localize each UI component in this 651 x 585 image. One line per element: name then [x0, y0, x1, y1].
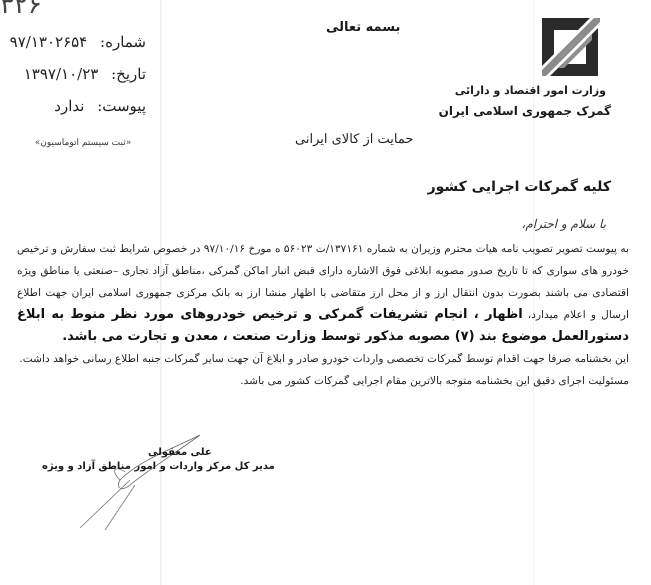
- greeting: با سلام و احترام،: [521, 217, 606, 231]
- letter-page: ۳۲۶ شماره: ۹۷/۱۳۰۲۶۵۴ تاریخ: ۱۳۹۷/۱۰/۲۳ …: [0, 0, 651, 585]
- letter-date-row: تاریخ: ۱۳۹۷/۱۰/۲۳: [0, 58, 146, 90]
- body-paragraph-1: به پیوست تصویر تصویب نامه هیات محترم وزی…: [17, 238, 629, 348]
- recipient: کلیه گمرکات اجرایی کشور: [428, 179, 611, 195]
- body-paragraph-2: این بخشنامه صرفا جهت اقدام توسط گمرکات ت…: [17, 348, 629, 370]
- letter-number-value: ۹۷/۱۳۰۲۶۵۴: [10, 33, 88, 51]
- automation-note: «ثبت سیستم اتوماسیون»: [18, 138, 148, 148]
- letter-body: به پیوست تصویر تصویب نامه هیات محترم وزی…: [17, 238, 629, 392]
- signature-scribble-icon: [60, 430, 220, 530]
- handwritten-number: ۳۲۶: [0, 0, 42, 20]
- bismillah-heading: بسمه تعالی: [326, 20, 400, 35]
- body-paragraph-3: مسئولیت اجرای دقیق این بخشنامه متوجه بال…: [17, 370, 629, 392]
- customs-name: گمرک جمهوری اسلامی ایران: [439, 104, 611, 118]
- signatory-name: علی معقولی: [148, 447, 212, 458]
- letter-number-row: شماره: ۹۷/۱۳۰۲۶۵۴: [0, 26, 146, 58]
- letter-attachment-row: پیوست: ندارد: [0, 90, 146, 122]
- letter-date-value: ۱۳۹۷/۱۰/۲۳: [24, 65, 99, 83]
- letter-attachment-label: پیوست:: [97, 97, 146, 115]
- letter-meta: شماره: ۹۷/۱۳۰۲۶۵۴ تاریخ: ۱۳۹۷/۱۰/۲۳ پیوس…: [0, 26, 146, 122]
- letter-number-label: شماره:: [100, 33, 146, 51]
- signatory-title: مدیر کل مرکز واردات و امور مناطق آزاد و …: [42, 461, 275, 472]
- customs-logo-icon: [540, 16, 600, 78]
- letter-attachment-value: ندارد: [54, 97, 84, 115]
- slogan: حمایت از کالای ایرانی: [295, 132, 413, 147]
- letter-date-label: تاریخ:: [111, 65, 146, 83]
- ministry-name: وزارت امور اقتصاد و دارائی: [455, 84, 606, 97]
